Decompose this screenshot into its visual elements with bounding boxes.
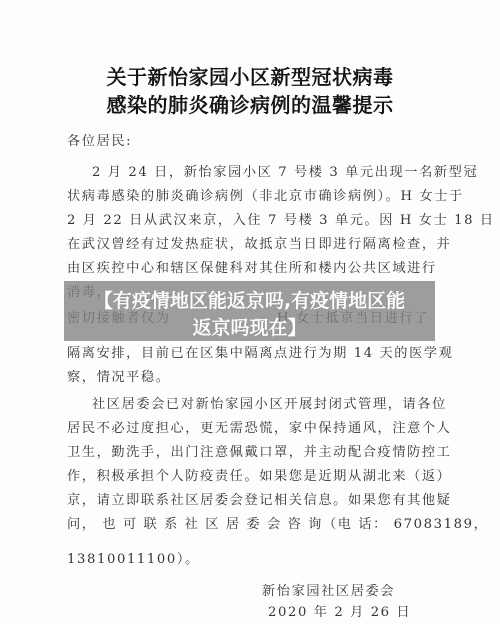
document-date: 2020 年 2 月 26 日 (268, 604, 500, 622)
body-line: 由区疾控中心和辖区保健科对其住所和楼内公共区域进行 (67, 260, 437, 278)
body-line: 2 月 22 日从武汉来京，入住 7 号楼 3 单元。因 H 女士 18 日 (67, 212, 437, 230)
paragraph2-line: 13810011100）。 (67, 551, 437, 569)
paragraph2-line: 社区居委会已对新怡家园小区开展封闭式管理，请各位 (92, 396, 462, 414)
signature: 新怡家园社区居委会 (262, 583, 500, 601)
overlay-headline-line-2: 返京吗现在】 (64, 313, 435, 340)
body-line: 察，情况平稳。 (67, 369, 437, 387)
document-title-line-1: 关于新怡家园小区新型冠状病毒 (0, 61, 500, 90)
body-line: 2 月 24 日，新怡家园小区 7 号楼 3 单元出现一名新型冠 (92, 164, 462, 182)
body-line: 状病毒感染的肺炎确诊病例（非北京市确诊病例）。H 女士于 (67, 188, 437, 206)
overlay-headline-line-1: 【有疫情地区能返京吗,有疫情地区能 (64, 286, 435, 313)
document-title-line-2: 感染的肺炎确诊病例的温馨提示 (0, 89, 500, 118)
paragraph2-line: 作，积极承担个人防疫责任。如果您是近期从湖北来（返） (67, 468, 437, 486)
salutation: 各位居民: (67, 133, 437, 151)
body-line: 隔离安排，目前已在区集中隔离点进行为期 14 天的医学观 (67, 345, 437, 363)
paragraph2-line: 京，请立即联系社区居委会登记相关信息。如果您有其他疑 (67, 492, 437, 510)
paragraph2-line: 卫生，勤洗手，出门注意佩戴口罩，并主动配合疫情防控工 (67, 444, 437, 462)
paragraph2-line: 居民不必过度担心，更无需恐慌，家中保持通风，注意个人 (67, 420, 437, 438)
body-line: 在武汉曾经有过发热症状，故抵京当日即进行隔离检查，并 (67, 236, 437, 254)
paragraph2-line: 问， 也 可 联 系 社 区 居 委 会 咨 询（电 话： 67083189， (67, 516, 437, 534)
